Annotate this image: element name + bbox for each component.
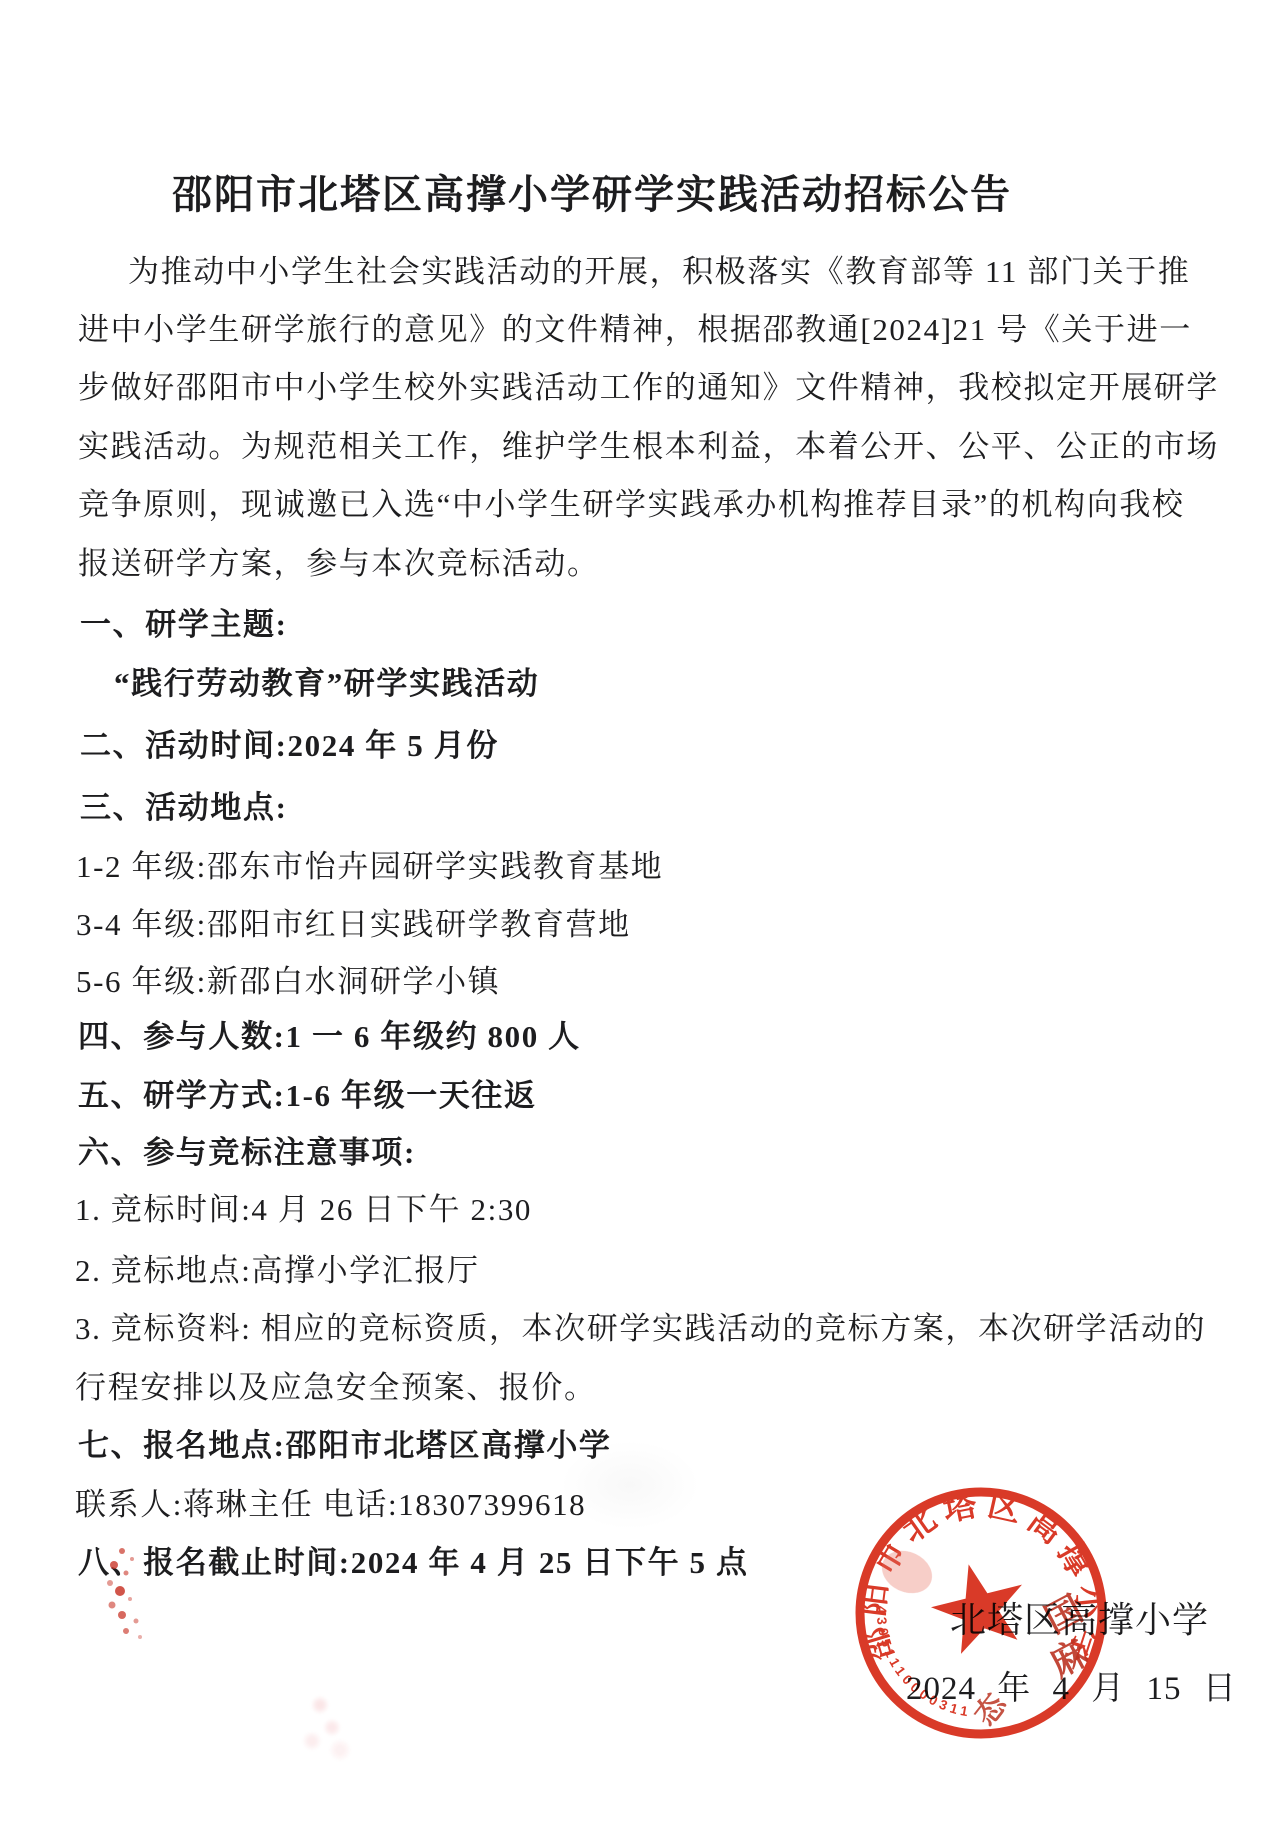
document-page: 邵阳市北塔区高撑小学研学实践活动招标公告 为推动中小学生社会实践活动的开展，积极… <box>0 0 1280 1848</box>
section-heading-1: 一、研学主题: <box>80 606 288 643</box>
body-line-2: 步做好邵阳市中小学生校外实践活动工作的通知》文件精神，我校拟定开展研学 <box>78 369 1219 406</box>
body-line-0: 为推动中小学生社会实践活动的开展，积极落实《教育部等 11 部门关于推 <box>128 253 1190 290</box>
section-heading-7: 七、报名地点:邵阳市北塔区高撑小学 <box>78 1427 612 1464</box>
signature-date: 2024 年 4 月 15 日 <box>906 1662 1237 1709</box>
faint-ink-smudge <box>288 1678 368 1768</box>
red-ink-smudge <box>92 1543 164 1647</box>
body-line-3: 实践活动。为规范相关工作，维护学生根本利益，本着公开、公平、公正的市场 <box>78 428 1219 465</box>
body-line-5: 报送研学方案，参与本次竞标活动。 <box>78 545 600 582</box>
faint-gray-smudge <box>560 1440 700 1530</box>
location-grade-5-6: 5-6 年级:新邵白水洞研学小镇 <box>76 963 500 1000</box>
research-theme: “践行劳动教育”研学实践活动 <box>114 665 539 702</box>
bid-place: 2. 竞标地点:高撑小学汇报厅 <box>75 1252 480 1289</box>
location-grade-1-2: 1-2 年级:邵东市怡卉园研学实践教育基地 <box>76 848 663 885</box>
section-heading-5: 五、研学方式:1-6 年级一天往返 <box>78 1077 537 1114</box>
bid-materials-2: 行程安排以及应急安全预案、报价。 <box>75 1369 597 1406</box>
body-line-1: 进中小学生研学旅行的意见》的文件精神，根据邵教通[2024]21 号《关于进一 <box>78 311 1192 348</box>
section-heading-3: 三、活动地点: <box>80 789 288 826</box>
section-heading-2: 二、活动时间:2024 年 5 月份 <box>80 727 499 764</box>
page-title: 邵阳市北塔区高撑小学研学实践活动招标公告 <box>172 163 1012 220</box>
bid-time: 1. 竞标时间:4 月 26 日下午 2:30 <box>75 1191 532 1228</box>
section-heading-4: 四、参与人数:1 一 6 年级约 800 人 <box>78 1018 581 1055</box>
contact-line: 联系人:蒋琳主任 电话:18307399618 <box>75 1486 586 1523</box>
location-grade-3-4: 3-4 年级:邵阳市红日实践研学教育营地 <box>76 906 631 943</box>
section-heading-6: 六、参与竞标注意事项: <box>78 1134 416 1171</box>
bid-materials-1: 3. 竞标资料: 相应的竞标资质，本次研学实践活动的竞标方案，本次研学活动的 <box>75 1310 1206 1347</box>
section-heading-8: 八、报名截止时间:2024 年 4 月 25 日下午 5 点 <box>78 1544 749 1581</box>
body-line-4: 竞争原则，现诚邀已入选“中小学生研学实践承办机构推荐目录”的机构向我校 <box>78 486 1185 523</box>
signature-school: 北塔区高撑小学 <box>950 1592 1209 1643</box>
